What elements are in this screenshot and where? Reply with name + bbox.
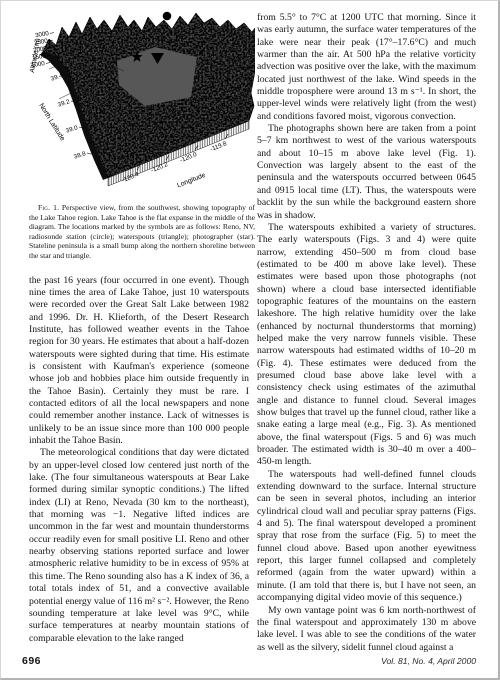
left-column: Altitude (m) 3000 2500 2000 1500 1000 — [29, 9, 249, 654]
journal-page: Altitude (m) 3000 2500 2000 1500 1000 — [0, 0, 500, 680]
right-paragraph-1: from 5.5° to 7°C at 1200 UTC that mornin… — [257, 12, 476, 123]
figure-1: Altitude (m) 3000 2500 2000 1500 1000 — [29, 9, 255, 261]
page-number: 696 — [22, 655, 41, 667]
right-paragraph-3: The waterspouts exhibited a variety of s… — [257, 222, 476, 469]
figure-1-terrain-plot: Altitude (m) 3000 2500 2000 1500 1000 — [29, 9, 255, 199]
page-footer: 696 Vol. 81, No. 4, April 2000 — [22, 655, 476, 667]
latitude-tick: 39.2 — [57, 98, 71, 109]
left-paragraph-2: The meteorological conditions that day w… — [29, 447, 249, 645]
longitude-axis-label: Longitude — [176, 172, 207, 190]
latitude-tick: 39.0 — [65, 124, 79, 135]
journal-volume-info: Vol. 81, No. 4, April 2000 — [381, 656, 476, 666]
radiosonde-circle-marker — [163, 12, 172, 21]
altitude-tick: 1000 — [31, 60, 46, 69]
left-paragraph-1: the past 16 years (four occurred in one … — [29, 275, 249, 448]
figure-caption-text: Perspective view, from the southwest, sh… — [29, 203, 255, 260]
right-paragraph-5: My own vantage point was 6 km north-nort… — [257, 605, 476, 654]
right-paragraph-4: The waterspouts had well-defined funnel … — [257, 469, 476, 605]
latitude-axis-label: North Latitude — [37, 102, 66, 142]
right-paragraph-2: The photographs shown here are taken fro… — [257, 123, 476, 222]
right-column: from 5.5° to 7°C at 1200 UTC that mornin… — [257, 9, 476, 654]
figure-1-caption: Fig. 1. Perspective view, from the south… — [29, 203, 255, 261]
terrain-3d-plot: Altitude (m) 3000 2500 2000 1500 1000 — [29, 9, 255, 199]
latitude-tick: 38.8 — [73, 150, 87, 161]
two-column-layout: Altitude (m) 3000 2500 2000 1500 1000 — [29, 9, 476, 654]
figure-caption-label: Fig. 1. — [38, 203, 59, 212]
